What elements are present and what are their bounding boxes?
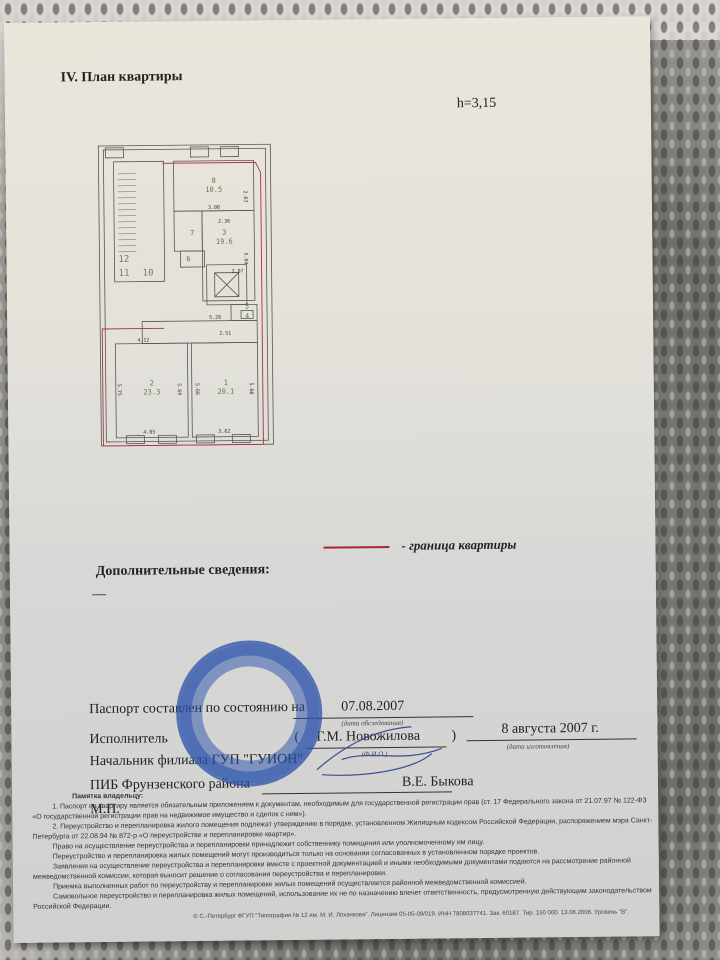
svg-text:4.05: 4.05	[143, 429, 155, 435]
owner-notes: Памятка владельцу: 1. Паспорт на квартир…	[32, 786, 653, 912]
svg-text:5.04: 5.04	[242, 252, 248, 264]
svg-text:10: 10	[143, 268, 154, 278]
svg-text:5.28: 5.28	[209, 315, 221, 321]
official-stamp	[175, 640, 323, 788]
ceiling-height: h=3,15	[457, 96, 497, 112]
apartment-boundary-swatch	[324, 546, 390, 549]
svg-text:5.69: 5.69	[176, 383, 182, 395]
svg-text:5.66: 5.66	[194, 383, 200, 395]
svg-text:6: 6	[186, 255, 190, 263]
printer-imprint: © С.-Петербург ФГУП "Типография № 12 им.…	[193, 910, 629, 921]
document-page: IV. План квартиры h=3,15	[4, 16, 660, 943]
svg-text:11: 11	[119, 269, 130, 279]
svg-text:1: 1	[224, 379, 228, 387]
floor-plan: 3.082.362.67 5.042.07 5.284.122.51 5.755…	[95, 132, 278, 452]
svg-text:8: 8	[212, 177, 216, 185]
additional-info-value: —	[92, 587, 106, 603]
svg-text:4: 4	[245, 312, 249, 320]
svg-text:2.07: 2.07	[232, 269, 244, 275]
issue-date: 8 августа 2007 г.	[501, 721, 599, 738]
svg-text:2.67: 2.67	[242, 190, 248, 202]
svg-text:7: 7	[190, 229, 194, 237]
svg-text:12: 12	[118, 255, 129, 265]
svg-text:2.36: 2.36	[218, 219, 230, 225]
svg-text:3: 3	[222, 229, 226, 237]
svg-text:2: 2	[150, 379, 154, 387]
svg-text:10.5: 10.5	[205, 186, 222, 194]
executor-label: Исполнитель	[89, 731, 167, 748]
svg-text:23.3: 23.3	[143, 388, 160, 396]
signature	[311, 718, 452, 779]
additional-info-title: Дополнительные сведения:	[96, 562, 270, 580]
svg-text:2.51: 2.51	[219, 331, 231, 337]
svg-text:3.62: 3.62	[218, 429, 230, 435]
svg-text:3.08: 3.08	[208, 205, 220, 211]
svg-text:19.6: 19.6	[216, 238, 233, 246]
apartment-boundary-legend: - граница квартиры	[401, 537, 516, 554]
section-title: IV. План квартиры	[60, 69, 182, 86]
survey-date: 07.08.2007	[341, 699, 404, 716]
issue-date-caption: (дата изготовления)	[507, 742, 570, 751]
svg-text:5: 5	[245, 302, 249, 310]
svg-text:20.1: 20.1	[217, 388, 234, 396]
svg-text:5.75: 5.75	[116, 384, 122, 396]
svg-text:5.60: 5.60	[248, 382, 254, 394]
svg-text:4.12: 4.12	[137, 337, 149, 343]
